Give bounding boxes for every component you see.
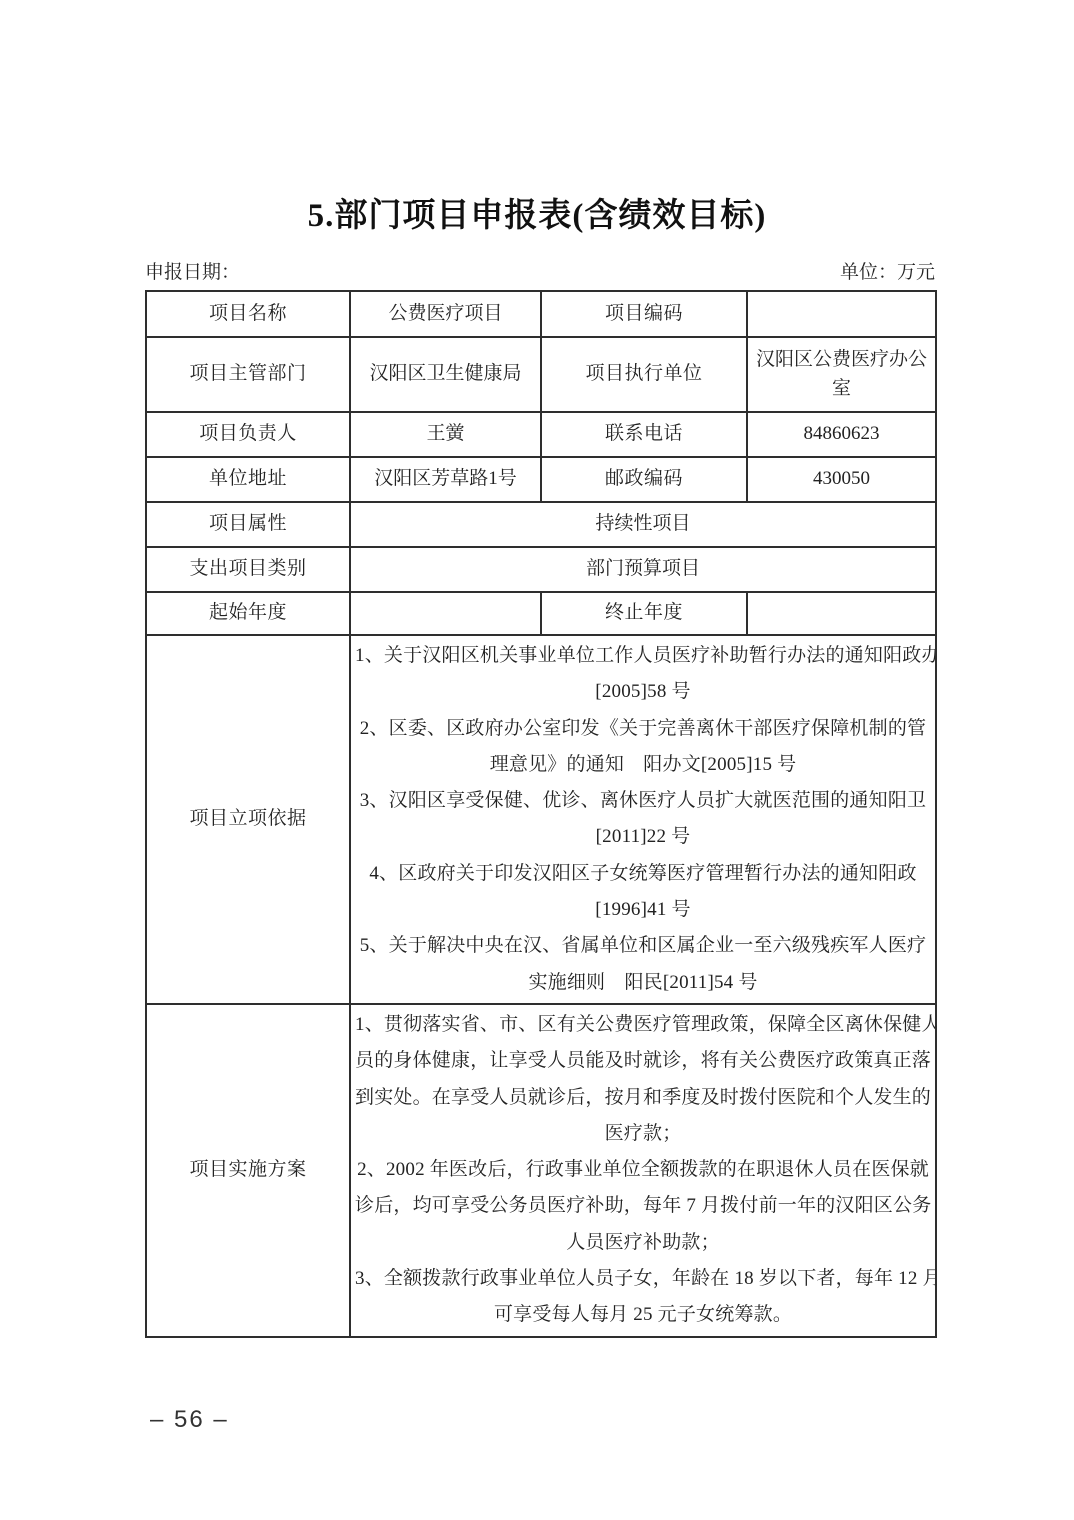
- end-year-label: 终止年度: [541, 592, 747, 635]
- postal-code-value: 430050: [747, 457, 936, 502]
- text-line: 实施细则 阳民[2011]54 号: [355, 965, 931, 1001]
- row-unit-address: 单位地址 汉阳区芳草路1号 邮政编码 430050: [146, 457, 936, 502]
- text-line: [2011]22 号: [355, 819, 931, 855]
- text-line: 5、关于解决中央在汉、省属单位和区属企业一至六级残疾军人医疗: [355, 928, 931, 964]
- meta-row: 申报日期： 单位：万元: [145, 257, 935, 284]
- page-number: – 56 –: [150, 1406, 229, 1434]
- project-declaration-table: 项目名称 公费医疗项目 项目编码 项目主管部门 汉阳区卫生健康局 项目执行单位 …: [145, 290, 937, 1338]
- project-code-label: 项目编码: [541, 291, 747, 337]
- text-line: 可享受每人每月 25 元子女统筹款。: [355, 1297, 931, 1333]
- postal-code-label: 邮政编码: [541, 457, 747, 502]
- supervising-dept-value: 汉阳区卫生健康局: [350, 337, 541, 412]
- text-line: 人员医疗补助款；: [355, 1225, 931, 1261]
- expenditure-category-value: 部门预算项目: [350, 547, 936, 592]
- unit-label: 单位：万元: [840, 257, 935, 284]
- project-basis-label: 项目立项依据: [146, 635, 350, 1004]
- text-line: 3、汉阳区享受保健、优诊、离休医疗人员扩大就医范围的通知阳卫: [355, 783, 931, 819]
- row-project-name: 项目名称 公费医疗项目 项目编码: [146, 291, 936, 337]
- end-year-value: [747, 592, 936, 635]
- responsible-person-value: 王黉: [350, 412, 541, 457]
- text-line: 3、全额拨款行政事业单位人员子女，年龄在 18 岁以下者，每年 12 月: [355, 1261, 931, 1297]
- text-line: 诊后，均可享受公务员医疗补助，每年 7 月拨付前一年的汉阳区公务: [355, 1188, 931, 1224]
- text-line: 2、2002 年医改后，行政事业单位全额拨款的在职退休人员在医保就: [355, 1152, 931, 1188]
- text-line: 1、关于汉阳区机关事业单位工作人员医疗补助暂行办法的通知阳政办: [355, 638, 931, 674]
- text-line: 理意见》的通知 阳办文[2005]15 号: [355, 747, 931, 783]
- row-years: 起始年度 终止年度: [146, 592, 936, 635]
- text-line: 员的身体健康，让享受人员能及时就诊，将有关公费医疗政策真正落: [355, 1043, 931, 1079]
- responsible-person-label: 项目负责人: [146, 412, 350, 457]
- project-name-value: 公费医疗项目: [350, 291, 541, 337]
- executing-unit-label: 项目执行单位: [541, 337, 747, 412]
- page-title: 5.部门项目申报表(含绩效目标): [0, 189, 1074, 236]
- executing-unit-value: 汉阳区公费医疗办公室: [747, 337, 936, 412]
- contact-phone-value: 84860623: [747, 412, 936, 457]
- project-code-value: [747, 291, 936, 337]
- project-basis-text: 1、关于汉阳区机关事业单位工作人员医疗补助暂行办法的通知阳政办[2005]58 …: [350, 635, 936, 1004]
- project-name-label: 项目名称: [146, 291, 350, 337]
- document-page: 5.部门项目申报表(含绩效目标) 申报日期： 单位：万元 项目名称 公费医疗项目…: [0, 0, 1074, 1520]
- contact-phone-label: 联系电话: [541, 412, 747, 457]
- row-implementation-plan: 项目实施方案 1、贯彻落实省、市、区有关公费医疗管理政策，保障全区离休保健人员的…: [146, 1004, 936, 1337]
- declare-date-label: 申报日期：: [145, 257, 240, 284]
- text-line: [2005]58 号: [355, 674, 931, 710]
- unit-address-label: 单位地址: [146, 457, 350, 502]
- text-line: 2、区委、区政府办公室印发《关于完善离休干部医疗保障机制的管: [355, 711, 931, 747]
- text-line: [1996]41 号: [355, 892, 931, 928]
- expenditure-category-label: 支出项目类别: [146, 547, 350, 592]
- row-project-attribute: 项目属性 持续性项目: [146, 502, 936, 547]
- unit-address-value: 汉阳区芳草路1号: [350, 457, 541, 502]
- row-responsible-person: 项目负责人 王黉 联系电话 84860623: [146, 412, 936, 457]
- row-project-basis: 项目立项依据 1、关于汉阳区机关事业单位工作人员医疗补助暂行办法的通知阳政办[2…: [146, 635, 936, 1004]
- implementation-plan-label: 项目实施方案: [146, 1004, 350, 1337]
- text-line: 医疗款；: [355, 1116, 931, 1152]
- text-line: 4、区政府关于印发汉阳区子女统筹医疗管理暂行办法的通知阳政: [355, 856, 931, 892]
- project-attribute-value: 持续性项目: [350, 502, 936, 547]
- project-attribute-label: 项目属性: [146, 502, 350, 547]
- implementation-plan-text: 1、贯彻落实省、市、区有关公费医疗管理政策，保障全区离休保健人员的身体健康，让享…: [350, 1004, 936, 1337]
- start-year-label: 起始年度: [146, 592, 350, 635]
- supervising-dept-label: 项目主管部门: [146, 337, 350, 412]
- text-line: 1、贯彻落实省、市、区有关公费医疗管理政策，保障全区离休保健人: [355, 1007, 931, 1043]
- text-line: 到实处。在享受人员就诊后，按月和季度及时拨付医院和个人发生的: [355, 1080, 931, 1116]
- start-year-value: [350, 592, 541, 635]
- row-supervising-dept: 项目主管部门 汉阳区卫生健康局 项目执行单位 汉阳区公费医疗办公室: [146, 337, 936, 412]
- row-expenditure-category: 支出项目类别 部门预算项目: [146, 547, 936, 592]
